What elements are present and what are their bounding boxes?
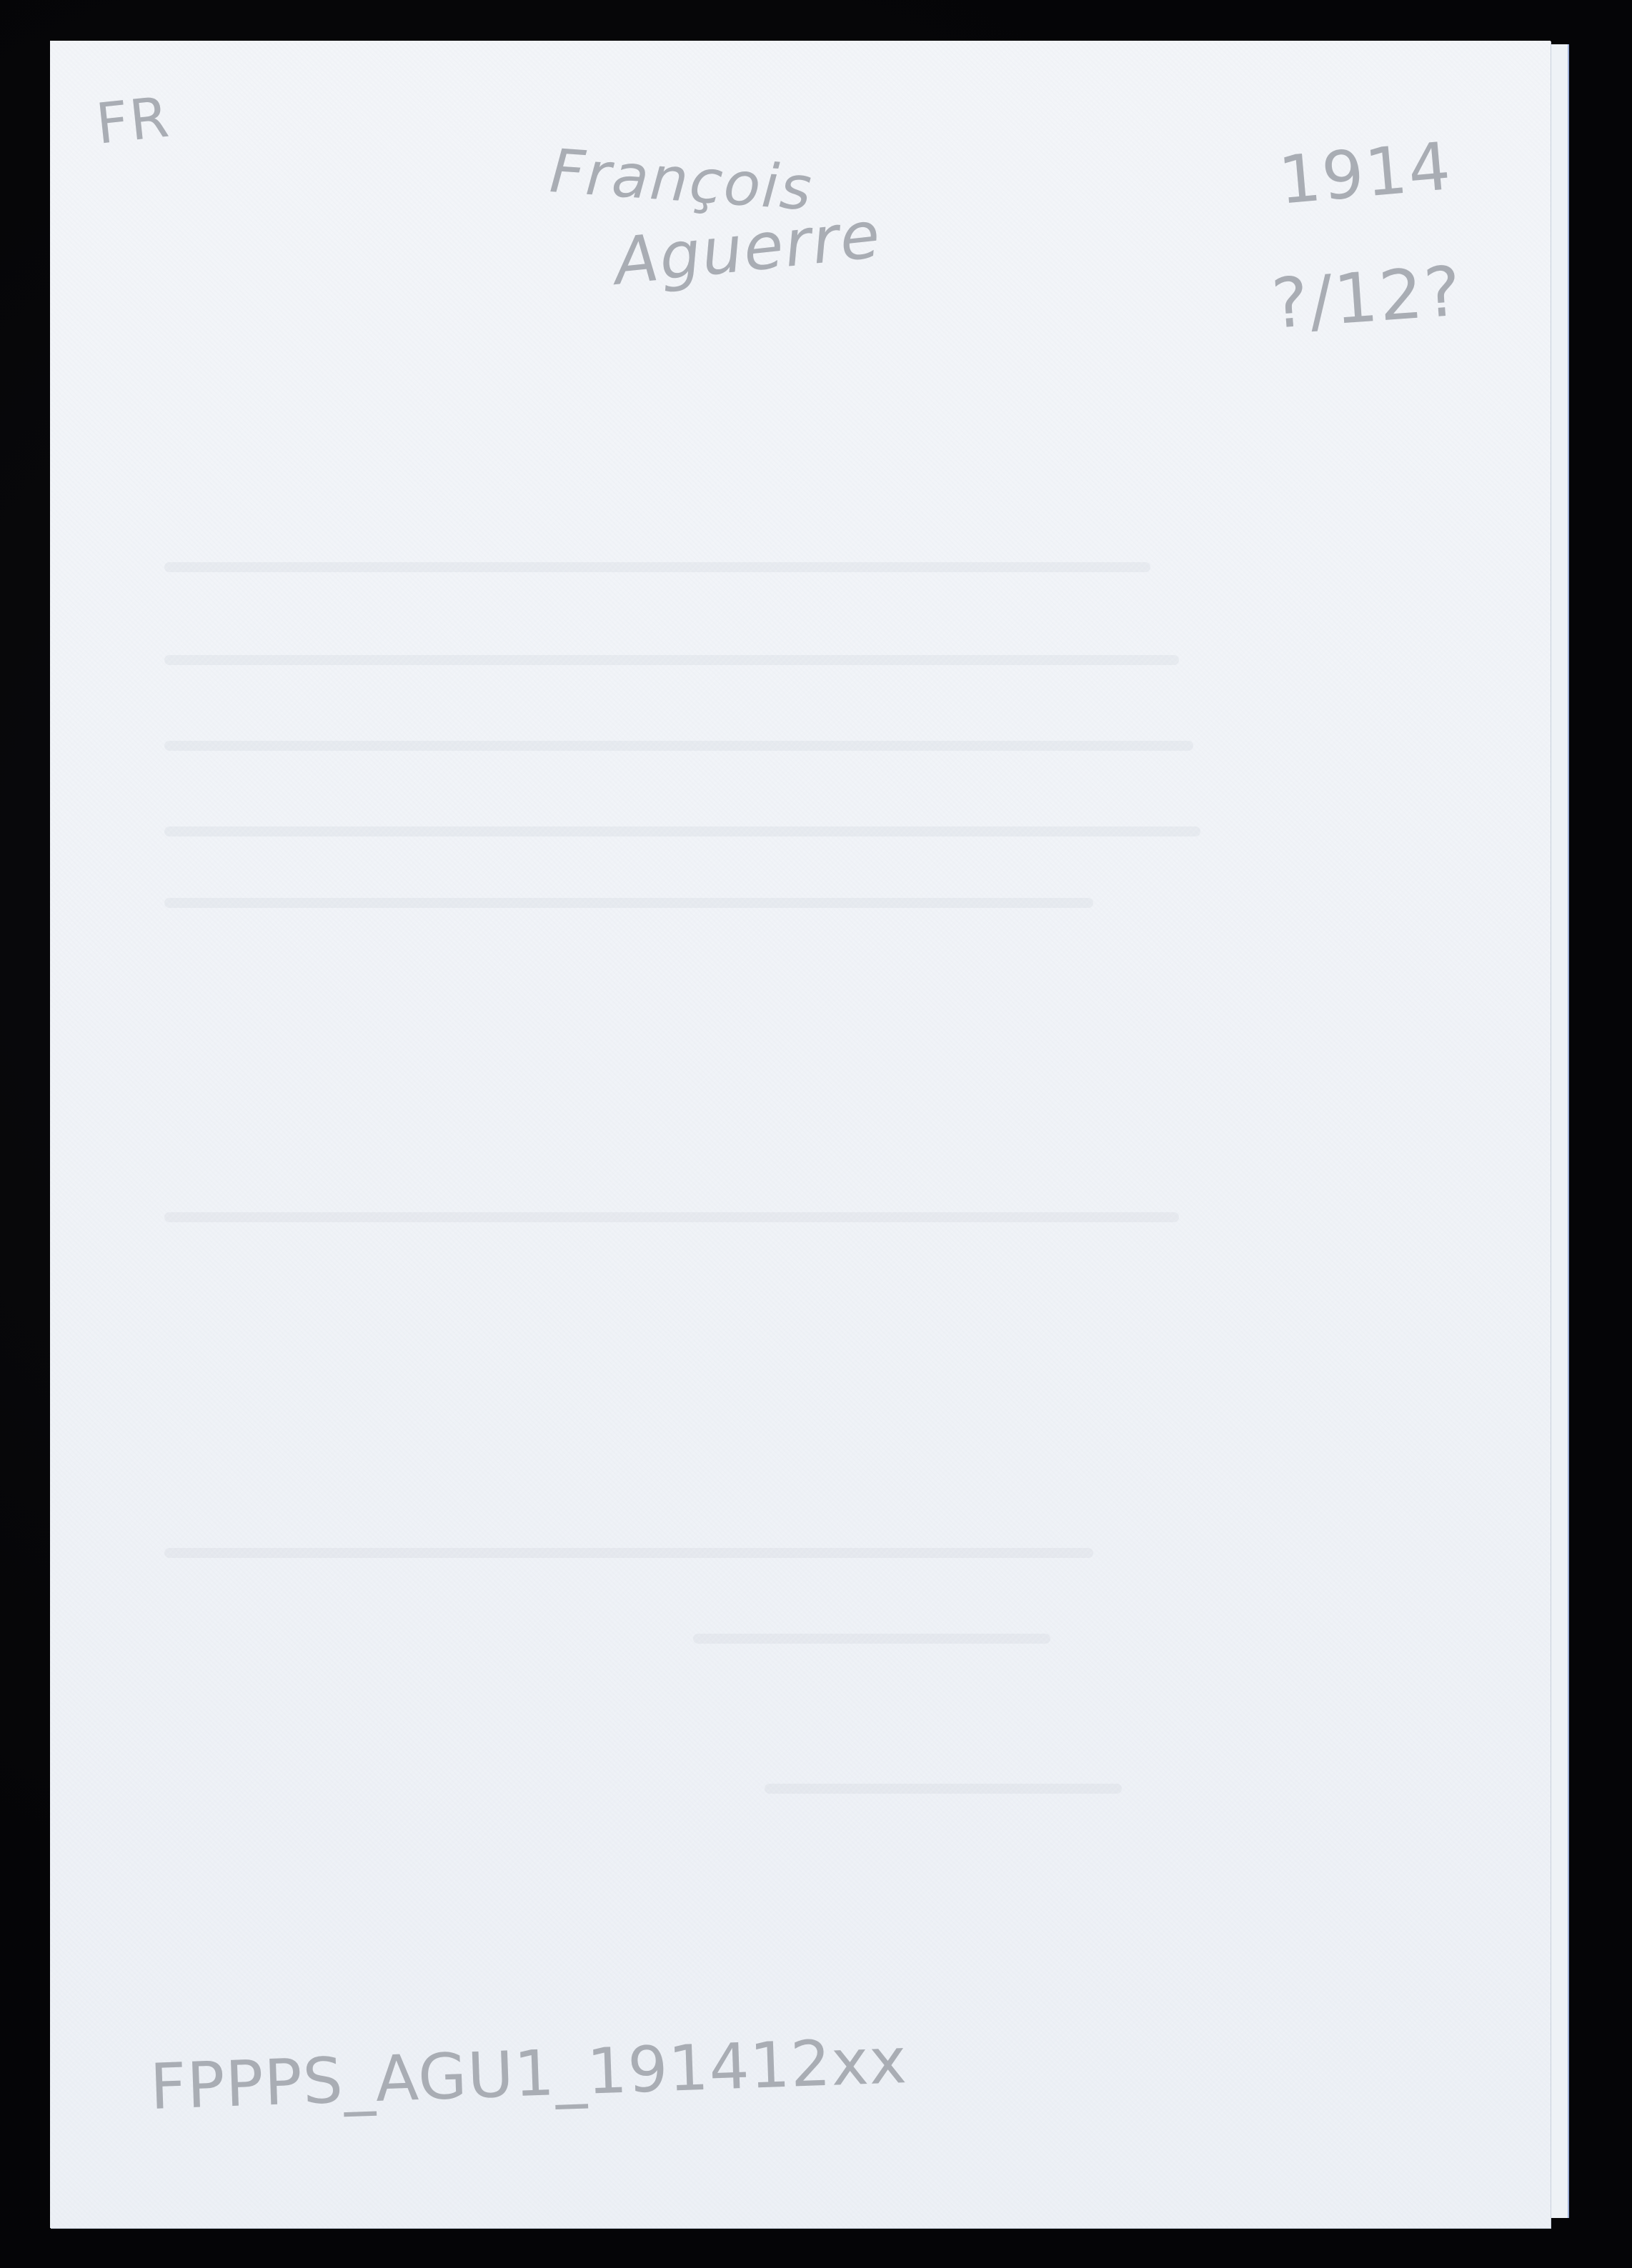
document-page	[50, 41, 1551, 2228]
show-through-line	[765, 1784, 1122, 1794]
show-through-line	[164, 562, 1150, 572]
scan-background: FR François Aguerre 1914 ?/12? FPPPS_AGU…	[0, 0, 1632, 2268]
year-annotation: 1914	[1275, 128, 1455, 219]
show-through-line	[693, 1634, 1050, 1644]
show-through-line	[164, 1548, 1093, 1558]
show-through-line	[164, 741, 1193, 751]
show-through-line	[164, 1212, 1179, 1222]
show-through-line	[164, 898, 1093, 908]
language-annotation: FR	[93, 85, 173, 156]
show-through-line	[164, 655, 1179, 665]
date-annotation: ?/12?	[1269, 251, 1465, 344]
show-through-line	[164, 826, 1200, 836]
